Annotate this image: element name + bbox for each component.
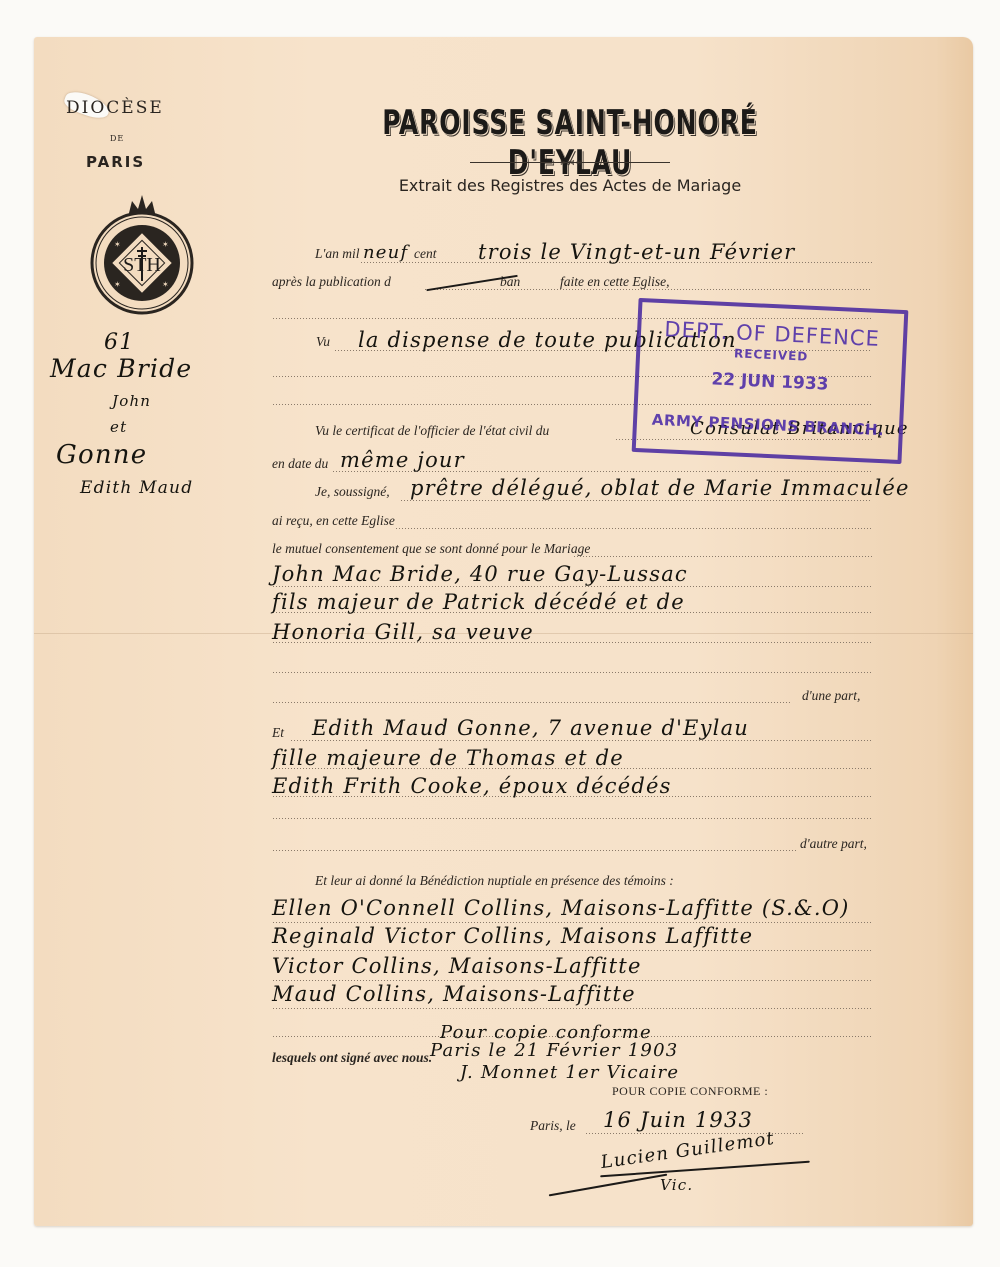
diocese-de: DE <box>110 134 124 143</box>
hw-groom-line-1: John Mac Bride, 40 rue Gay-Lussac <box>272 562 688 586</box>
margin-number: 61 <box>104 330 134 355</box>
svg-text:✶: ✶ <box>114 240 121 249</box>
hw-witness-1: Ellen O'Connell Collins, Maisons-Laffitt… <box>272 896 850 920</box>
stamp-branch: ARMY PENSIONS BRANCH. <box>637 410 900 440</box>
label-soussigne: Je, soussigné, <box>315 484 390 500</box>
label-paris-le: Paris, le <box>530 1118 576 1134</box>
margin-given-groom: John <box>112 392 151 410</box>
hw-groom-line-3: Honoria Gill, sa veuve <box>272 620 534 644</box>
dotted-line <box>272 850 798 851</box>
hw-witness-4: Maud Collins, Maisons-Laffitte <box>272 982 636 1006</box>
hw-bride-line-1: Edith Maud Gonne, 7 avenue d'Eylau <box>312 716 749 740</box>
label-faite: faite en cette Eglise, <box>560 274 669 290</box>
margin-surname-bride: Gonne <box>56 440 147 470</box>
hw-groom-line-2: fils majeur de Patrick décédé et de <box>272 590 685 614</box>
dotted-line <box>272 702 792 703</box>
signature-sub: Vic. <box>660 1176 693 1194</box>
hw-meme-jour: même jour <box>340 448 465 472</box>
hw-bride-line-2: fille majeure de Thomas et de <box>272 746 624 770</box>
dotted-line <box>290 740 872 741</box>
hw-place-date: 16 Juin 1933 <box>603 1108 753 1132</box>
label-en-date: en date du <box>272 456 328 472</box>
margin-surname-groom: Mac Bride <box>50 354 192 383</box>
label-une-part: d'une part, <box>802 688 860 704</box>
hw-copy-note-3: J. Monnet 1er Vicaire <box>460 1062 679 1083</box>
label-an-mil: L'an mil <box>315 246 360 262</box>
stamp-date: 22 JUN 1933 <box>639 366 902 398</box>
label-certificat: Vu le certificat de l'officier de l'état… <box>315 423 549 439</box>
dotted-line <box>395 528 872 529</box>
svg-text:✶: ✶ <box>162 280 169 289</box>
svg-text:✶: ✶ <box>162 240 169 249</box>
dotted-line <box>272 922 872 923</box>
hw-bride-line-3: Edith Frith Cooke, époux décédés <box>272 774 672 798</box>
dotted-line <box>272 672 872 673</box>
parish-seal-icon: STH ✶ ✶ ✶ ✶ <box>80 187 204 317</box>
label-pour-copie: POUR COPIE CONFORME : <box>612 1084 768 1099</box>
label-autre-part: d'autre part, <box>800 836 867 852</box>
hw-copy-note-2: Paris le 21 Février 1903 <box>430 1040 678 1061</box>
dotted-line <box>400 500 872 501</box>
hw-witness-3: Victor Collins, Maisons-Laffitte <box>272 954 642 978</box>
hw-pretre: prêtre délégué, oblat de Marie Immaculée <box>410 476 910 500</box>
dotted-line <box>272 586 872 587</box>
margin-given-bride: Edith Maud <box>80 478 193 498</box>
diocese-label: DIOCÈSE <box>66 98 164 118</box>
dotted-line <box>272 980 872 981</box>
label-cent: cent <box>414 246 437 262</box>
label-vu: Vu <box>316 334 330 350</box>
dotted-line <box>573 556 872 557</box>
label-publication: après la publication d <box>272 274 391 290</box>
label-ai-recu: ai reçu, en cette Eglise <box>272 513 395 529</box>
diocese-city: PARIS <box>86 153 145 171</box>
rule-ornament-icon: ⊳⋈⊲ <box>560 158 581 167</box>
label-consentement: le mutuel consentement que se sont donné… <box>272 541 590 557</box>
page-title: PAROISSE SAINT-HONORÉ D'EYLAU <box>324 103 816 183</box>
dotted-line <box>272 1008 872 1009</box>
dotted-line <box>272 950 872 951</box>
hw-neuf: neuf <box>363 242 408 263</box>
label-et: Et <box>272 725 284 741</box>
received-stamp: DEPT. OF DEFENCE RECEIVED 22 JUN 1933 AR… <box>632 298 909 464</box>
dotted-line <box>272 818 872 819</box>
svg-text:✶: ✶ <box>114 280 121 289</box>
document-subtitle: Extrait des Registres des Actes de Maria… <box>270 176 870 195</box>
hw-date: trois le Vingt-et-un Février <box>478 240 795 264</box>
label-witness-intro: Et leur ai donné la Bénédiction nuptiale… <box>315 873 674 889</box>
margin-conj: et <box>110 418 127 436</box>
label-signed: lesquels ont signé avec nous. <box>272 1050 432 1066</box>
hw-witness-2: Reginald Victor Collins, Maisons Laffitt… <box>272 924 753 948</box>
